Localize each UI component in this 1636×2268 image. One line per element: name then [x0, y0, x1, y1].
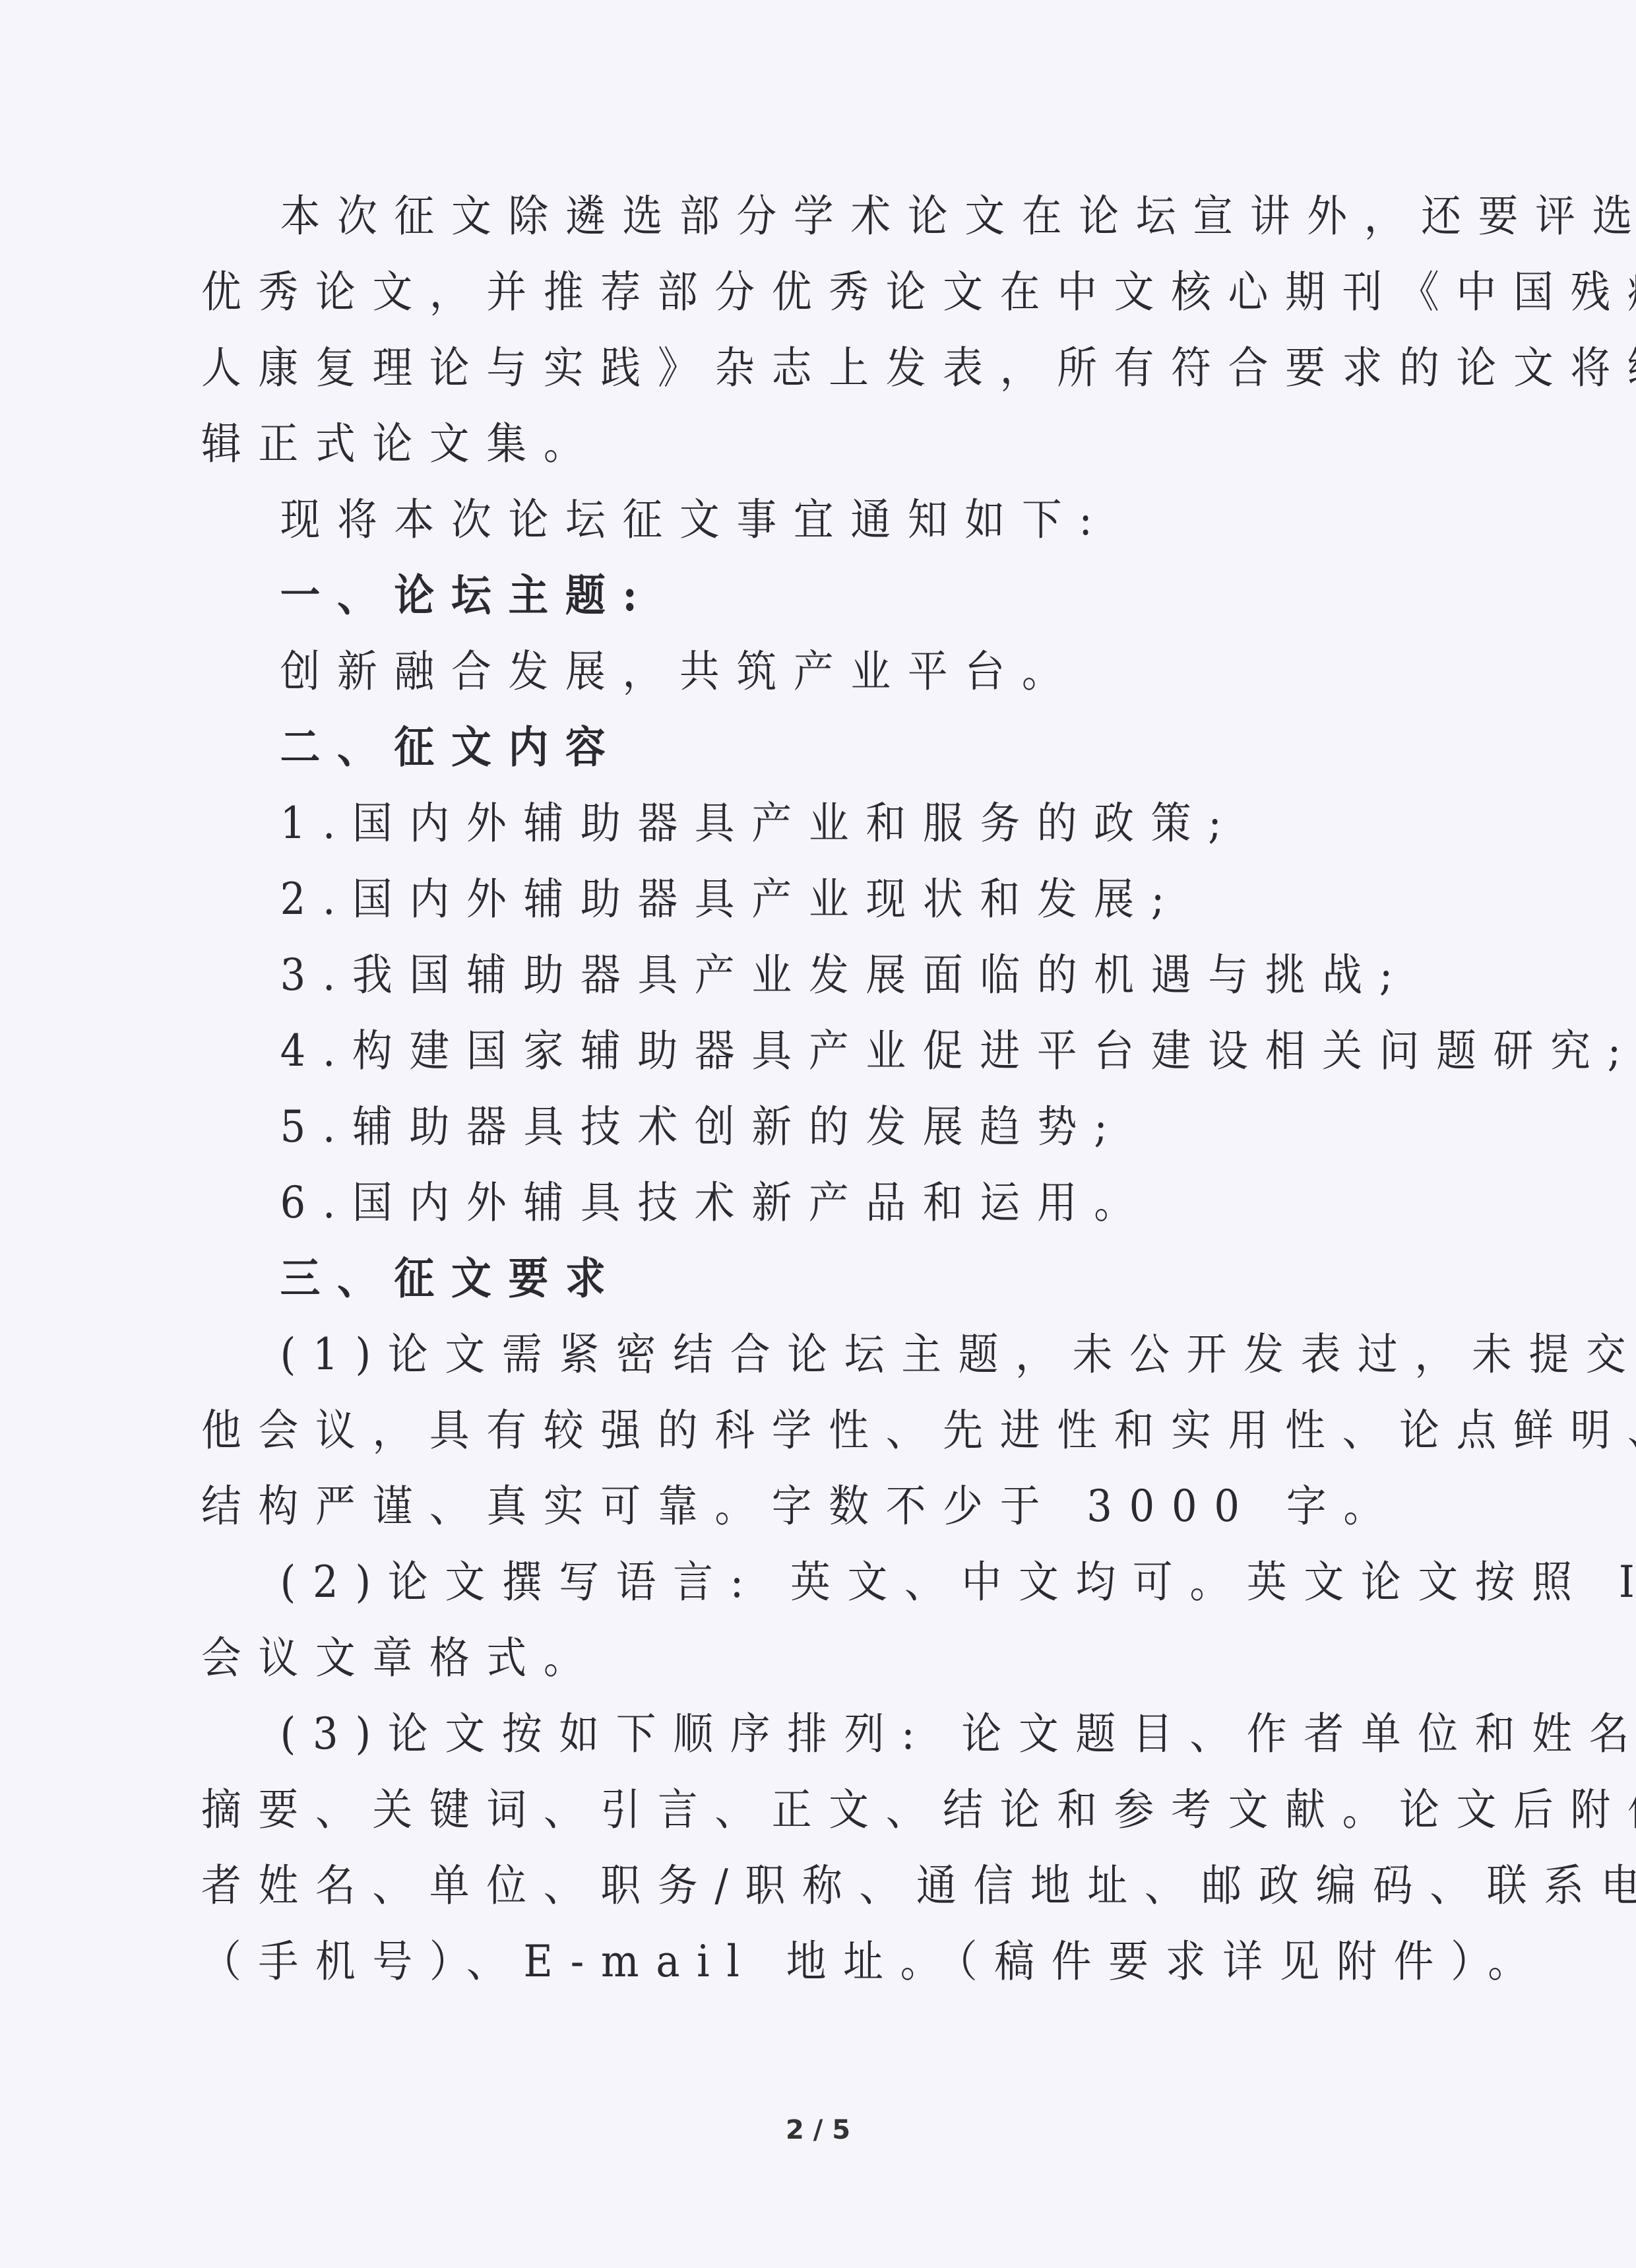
- intro-line: 人康复理论与实践》杂志上发表，所有符合要求的论文将编: [201, 330, 1269, 406]
- intro-line: 优秀论文，并推荐部分优秀论文在中文核心期刊《中国残疾: [201, 254, 1269, 330]
- section-heading-content: 二、征文内容: [201, 709, 1269, 785]
- requirement-line: (2)论文撰写语言: 英文、中文均可。英文论文按照 IEEE: [201, 1544, 1269, 1620]
- content-item: 5.辅助器具技术创新的发展趋势;: [201, 1089, 1269, 1165]
- requirement-line: (1)论文需紧密结合论坛主题，未公开发表过，未提交其: [201, 1316, 1269, 1392]
- content-item: 2.国内外辅助器具产业现状和发展;: [201, 861, 1269, 937]
- requirement-line: 结构严谨、真实可靠。字数不少于 3000 字。: [201, 1468, 1269, 1544]
- requirement-line: (3)论文按如下顺序排列: 论文题目、作者单位和姓名、: [201, 1696, 1269, 1772]
- requirement-line: 摘要、关键词、引言、正文、结论和参考文献。论文后附作: [201, 1772, 1269, 1848]
- document-body: 本次征文除遴选部分学术论文在论坛宣讲外，还要评选 优秀论文，并推荐部分优秀论文在…: [201, 178, 1362, 1999]
- content-item: 1.国内外辅助器具产业和服务的政策;: [201, 785, 1269, 861]
- content-item: 4.构建国家辅助器具产业促进平台建设相关问题研究;: [201, 1013, 1269, 1089]
- section-heading-requirements: 三、征文要求: [201, 1241, 1269, 1316]
- content-item: 6.国内外辅具技术新产品和运用。: [201, 1165, 1269, 1241]
- page-number: 2 / 5: [0, 2115, 1636, 2145]
- document-page: 本次征文除遴选部分学术论文在论坛宣讲外，还要评选 优秀论文，并推荐部分优秀论文在…: [0, 0, 1636, 2268]
- content-item: 3.我国辅助器具产业发展面临的机遇与挑战;: [201, 937, 1269, 1013]
- requirement-line: 会议文章格式。: [201, 1620, 1269, 1696]
- requirement-line: （手机号）、E-mail 地址。（稿件要求详见附件）。: [201, 1924, 1269, 1999]
- theme-content: 创新融合发展，共筑产业平台。: [201, 633, 1269, 709]
- requirement-line: 者姓名、单位、职务/职称、通信地址、邮政编码、联系电话: [201, 1848, 1269, 1924]
- requirement-line: 他会议，具有较强的科学性、先进性和实用性、论点鲜明、: [201, 1392, 1269, 1468]
- intro-line: 辑正式论文集。: [201, 406, 1269, 482]
- intro-line: 本次征文除遴选部分学术论文在论坛宣讲外，还要评选: [201, 178, 1269, 254]
- notice-line: 现将本次论坛征文事宜通知如下:: [201, 482, 1269, 558]
- section-heading-theme: 一、论坛主题:: [201, 558, 1269, 633]
